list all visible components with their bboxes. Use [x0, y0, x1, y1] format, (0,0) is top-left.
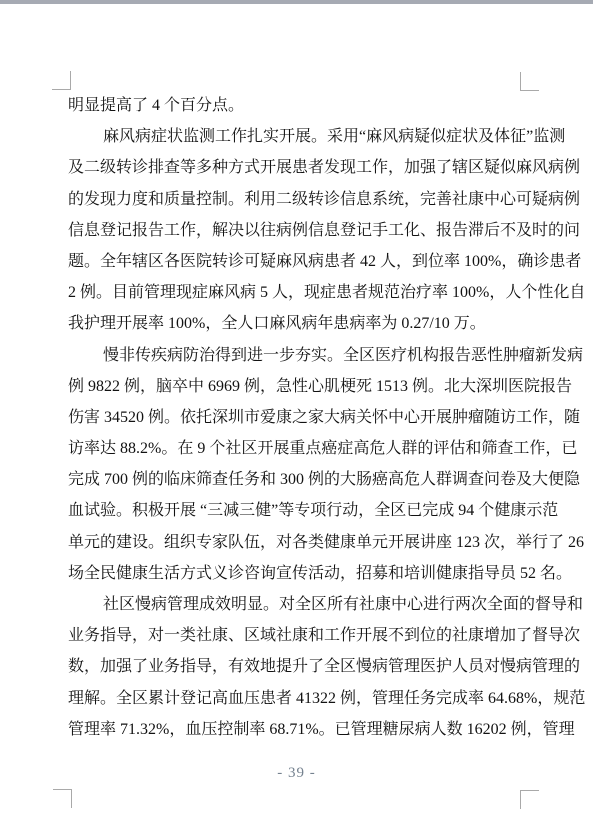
text-line: 的发现力度和质量控制。利用二级转诊信息系统，完善社康中心可疑病例 — [68, 184, 527, 215]
text-line: 明显提高了 4 个百分点。 — [68, 90, 527, 121]
text-line: 慢非传疾病防治得到进一步夯实。全区医疗机构报告恶性肿瘤新发病 — [68, 340, 527, 371]
text-line: 社区慢病管理成效明显。对全区所有社康中心进行两次全面的督导和 — [68, 589, 527, 620]
document-text-body[interactable]: 明显提高了 4 个百分点。 麻风病症状监测工作扎实开展。采用“麻风病疑似症状及体… — [68, 90, 527, 745]
text-line: 血试验。积极开展 “三减三健”等专项行动，全区已完成 94 个健康示范 — [68, 495, 527, 526]
text-line: 及二级转诊排查等多种方式开展患者发现工作，加强了辖区疑似麻风病例 — [68, 152, 527, 183]
text-line: 完成 700 例的临床筛查任务和 300 例的大肠癌高危人群调查问卷及大便隐 — [68, 464, 527, 495]
text-line: 麻风病症状监测工作扎实开展。采用“麻风病疑似症状及体征”监测 — [68, 121, 527, 152]
text-line: 场全民健康生活方式义诊咨询宣传活动，招募和培训健康指导员 52 名。 — [68, 558, 527, 589]
text-line: 数，加强了业务指导，有效地提升了全区慢病管理医护人员对慢病管理的 — [68, 651, 527, 682]
text-line: 单元的建设。组织专家队伍，对各类健康单元开展讲座 123 次，举行了 26 — [68, 527, 527, 558]
text-line: 理解。全区累计登记高血压患者 41322 例，管理任务完成率 64.68%，规范 — [68, 683, 527, 714]
margin-crop-mark-top-right — [520, 72, 539, 91]
margin-crop-mark-bottom-left — [53, 789, 72, 808]
text-line: 业务指导，对一类社康、区域社康和工作开展不到位的社康增加了督导次 — [68, 620, 527, 651]
document-page: 明显提高了 4 个百分点。 麻风病症状监测工作扎实开展。采用“麻风病疑似症状及体… — [0, 4, 593, 821]
page-number: - 39 - — [0, 765, 593, 782]
text-line: 2 例。目前管理现症麻风病 5 人，现症患者规范治疗率 100%，人个性化自 — [68, 277, 527, 308]
text-line: 伤害 34520 例。依托深圳市爱康之家大病关怀中心开展肿瘤随访工作，随 — [68, 402, 527, 433]
margin-crop-mark-bottom-right — [520, 790, 539, 809]
text-line: 访率达 88.2%。在 9 个社区开展重点癌症高危人群的评估和筛查工作，已 — [68, 433, 527, 464]
margin-crop-mark-top-left — [52, 71, 71, 90]
text-line: 我护理开展率 100%，全人口麻风病年患病率为 0.27/10 万。 — [68, 308, 527, 339]
text-line: 信息登记报告工作，解决以往病例信息登记手工化、报告滞后不及时的问 — [68, 215, 527, 246]
text-line: 例 9822 例，脑卒中 6969 例，急性心肌梗死 1513 例。北大深圳医院… — [68, 371, 527, 402]
text-line: 题。全年辖区各医院转诊可疑麻风病患者 42 人，到位率 100%，确诊患者 — [68, 246, 527, 277]
text-line: 管理率 71.32%，血压控制率 68.71%。已管理糖尿病人数 16202 例… — [68, 714, 527, 745]
